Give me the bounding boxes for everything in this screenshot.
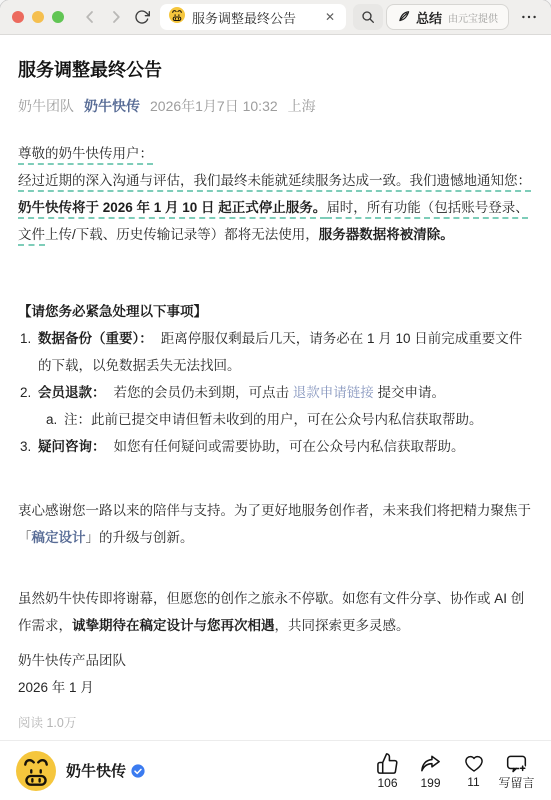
- signature-date: 2026 年 1 月: [18, 680, 94, 695]
- article-footer: 奶牛快传 106 199 11 写留言: [0, 740, 551, 800]
- item-title-questions: 疑问咨询：: [38, 439, 106, 454]
- thumbs-up-icon: [376, 752, 399, 775]
- cowtransfer-favicon: [169, 7, 185, 28]
- list-item-refund: 2. 会员退款：若您的会员仍未到期，可点击 退款申请链接 提交申请。: [18, 379, 533, 406]
- refund-application-link[interactable]: 退款申请链接: [293, 385, 374, 400]
- list-subitem-refund-note: a. 注：此前已提交申请但暂未收到的用户，可在公众号内私信获取帮助。: [44, 406, 533, 433]
- reload-button[interactable]: [130, 5, 154, 29]
- item-text-refund-before: 若您的会员仍未到期，可点击: [114, 385, 293, 400]
- reload-icon: [134, 9, 150, 25]
- browser-window: 服务调整最终公告 ✕ 总结 由元宝提供 服务调整最终公告 奶牛团队 奶牛快传 2…: [0, 0, 551, 800]
- list-number: 3.: [20, 433, 38, 460]
- p1-sentence-1: 经过近期的深入沟通与评估，我们最终未能就延续服务达成一致。我们遗憾地通知您：: [18, 173, 531, 188]
- chevron-right-icon: [107, 8, 125, 26]
- back-button[interactable]: [78, 5, 102, 29]
- quill-icon: [397, 10, 411, 24]
- article-meta: 奶牛团队 奶牛快传 2026年1月7日 10:32 上海: [18, 96, 533, 116]
- p3-sentence-2: ，共同探索更多灵感。: [275, 618, 410, 633]
- like-count: 106: [377, 776, 397, 790]
- p1-sentence-2b: 上传/下载、历史传输记录等）都将无法使用，: [45, 227, 319, 242]
- article-title: 服务调整最终公告: [18, 57, 533, 83]
- list-item-backup: 1. 数据备份（重要）：距离停服仅剩最后几天，请务必在 1 月 10 日前完成重…: [18, 325, 533, 379]
- summarize-provider: 由元宝提供: [448, 10, 498, 25]
- article-body: 服务调整最终公告 奶牛团队 奶牛快传 2026年1月7日 10:32 上海 尊敬…: [0, 35, 551, 740]
- item-text-questions: 如您有任何疑问或需要协助，可在公众号内私信获取帮助。: [114, 439, 465, 454]
- list-item-questions: 3. 疑问咨询：如您有任何疑问或需要协助，可在公众号内私信获取帮助。: [18, 433, 533, 460]
- item-text-refund-after: 提交申请。: [374, 385, 445, 400]
- summarize-label: 总结: [416, 8, 442, 27]
- p1-bold-shutdown-date: 奶牛快传将于 2026 年 1 月 10 日 起正式停止服务。: [18, 200, 326, 215]
- tab-close-icon[interactable]: ✕: [323, 9, 337, 25]
- item-title-refund: 会员退款：: [38, 385, 106, 400]
- comment-label: 写留言: [498, 776, 534, 790]
- read-count: 阅读 1.0万: [18, 713, 533, 733]
- forward-button[interactable]: [104, 5, 128, 29]
- urgent-section-header: 【请您务必紧急处理以下事项】: [18, 298, 533, 325]
- publish-location: 上海: [288, 96, 316, 116]
- verified-badge-icon: [131, 764, 145, 778]
- p3-bold-meet-again: 诚挚期待在稿定设计与您再次相遇: [72, 618, 275, 633]
- item-title-backup: 数据备份（重要）：: [38, 331, 153, 346]
- minimize-window-button[interactable]: [32, 11, 44, 23]
- footer-account-name[interactable]: 奶牛快传: [66, 760, 126, 781]
- list-number: 2.: [20, 379, 38, 406]
- account-name-row[interactable]: 奶牛快传: [66, 760, 145, 781]
- opening-paragraph: 尊敬的奶牛快传用户： 经过近期的深入沟通与评估，我们最终未能就延续服务达成一致。…: [18, 140, 533, 248]
- share-count: 199: [420, 776, 440, 790]
- favorite-button[interactable]: 11: [455, 752, 492, 790]
- account-avatar[interactable]: [16, 751, 56, 791]
- signature-team: 奶牛快传产品团队: [18, 653, 126, 668]
- list-number: 1.: [20, 325, 38, 352]
- more-menu-button[interactable]: [521, 14, 537, 20]
- browser-tab[interactable]: 服务调整最终公告 ✕: [160, 4, 346, 30]
- p2-sentence-2: 」的升级与创新。: [86, 530, 194, 545]
- maximize-window-button[interactable]: [52, 11, 64, 23]
- gaoding-design-link[interactable]: 稿定设计: [32, 530, 86, 545]
- urgent-items-section: 【请您务必紧急处理以下事项】 1. 数据备份（重要）：距离停服仅剩最后几天，请务…: [18, 298, 533, 460]
- subitem-text: 注：此前已提交申请但暂未收到的用户，可在公众号内私信获取帮助。: [64, 406, 533, 433]
- window-controls: [12, 11, 64, 23]
- sublist-letter: a.: [46, 406, 64, 433]
- p1-bold-data-wipe: 服务器数据将被清除。: [319, 227, 454, 242]
- favorite-count: 11: [467, 775, 479, 789]
- share-button[interactable]: 199: [412, 752, 449, 790]
- farewell-paragraph: 虽然奶牛快传即将谢幕，但愿您的创作之旅永不停歇。如您有文件分享、协作或 AI 创…: [18, 585, 533, 639]
- greeting-line: 尊敬的奶牛快传用户：: [18, 146, 153, 161]
- cow-logo-icon: [16, 751, 56, 791]
- share-arrow-icon: [419, 752, 442, 775]
- titlebar: 服务调整最终公告 ✕ 总结 由元宝提供: [0, 0, 551, 35]
- tab-title: 服务调整最终公告: [192, 8, 316, 27]
- author-name: 奶牛团队: [18, 96, 74, 116]
- close-window-button[interactable]: [12, 11, 24, 23]
- account-link[interactable]: 奶牛快传: [84, 96, 140, 116]
- signature-block: 奶牛快传产品团队 2026 年 1 月: [18, 647, 533, 701]
- comment-button[interactable]: 写留言: [498, 752, 535, 790]
- like-button[interactable]: 106: [369, 752, 406, 790]
- article-content: 尊敬的奶牛快传用户： 经过近期的深入沟通与评估，我们最终未能就延续服务达成一致。…: [18, 140, 533, 733]
- more-icon: [521, 14, 537, 20]
- publish-datetime: 2026年1月7日 10:32: [150, 96, 278, 116]
- comment-plus-icon: [505, 752, 528, 775]
- chevron-left-icon: [81, 8, 99, 26]
- heart-icon: [463, 752, 485, 774]
- summarize-button[interactable]: 总结 由元宝提供: [386, 4, 509, 30]
- footer-actions: 106 199 11 写留言: [369, 752, 535, 790]
- thanks-paragraph: 衷心感谢您一路以来的陪伴与支持。为了更好地服务创作者，未来我们将把精力聚焦于 「…: [18, 497, 533, 551]
- search-icon: [360, 9, 376, 25]
- search-button[interactable]: [353, 4, 383, 30]
